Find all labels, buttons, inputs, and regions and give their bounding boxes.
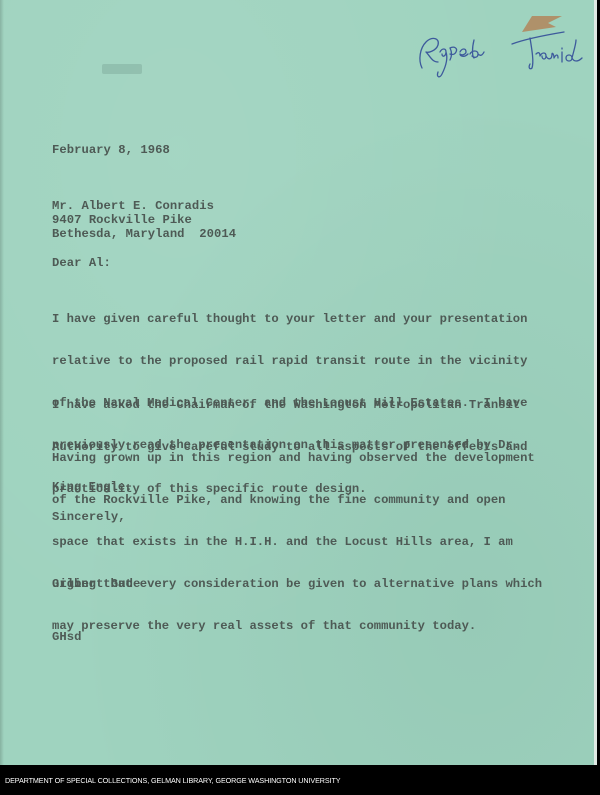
archive-credit-footer: DEPARTMENT OF SPECIAL COLLECTIONS, GELMA…: [5, 776, 340, 785]
salutation: Dear Al:: [52, 256, 111, 270]
paragraph-line: Having grown up in this region and havin…: [52, 451, 542, 465]
paragraph-line: I have given careful thought to your let…: [52, 312, 527, 326]
recipient-name: Mr. Albert E. Conradis: [52, 199, 214, 213]
archival-scan-page: Rapid Transit February 8, 1968 Mr. Alber…: [0, 0, 600, 795]
recipient-street: 9407 Rockville Pike: [52, 213, 192, 227]
paragraph-line: relative to the proposed rail rapid tran…: [52, 354, 527, 368]
typist-initials: GHsd: [52, 630, 81, 644]
recipient-city: Bethesda, Maryland 20014: [52, 227, 236, 241]
signature-name: Gilbert Gude: [52, 577, 140, 591]
letter-date: February 8, 1968: [52, 143, 170, 157]
paragraph-3: Having grown up in this region and havin…: [52, 423, 542, 661]
closing: Sincerely,: [52, 510, 126, 524]
letter-paper: Rapid Transit February 8, 1968 Mr. Alber…: [0, 0, 597, 765]
paragraph-line: space that exists in the H.I.H. and the …: [52, 535, 542, 549]
handwritten-annotation: Rapid Transit: [412, 18, 592, 82]
faint-stamp-mark: [102, 64, 142, 74]
paragraph-line: of the Rockville Pike, and knowing the f…: [52, 493, 542, 507]
paragraph-line: I have asked the Chairman of the Washing…: [52, 398, 527, 412]
paragraph-line: may preserve the very real assets of tha…: [52, 619, 542, 633]
